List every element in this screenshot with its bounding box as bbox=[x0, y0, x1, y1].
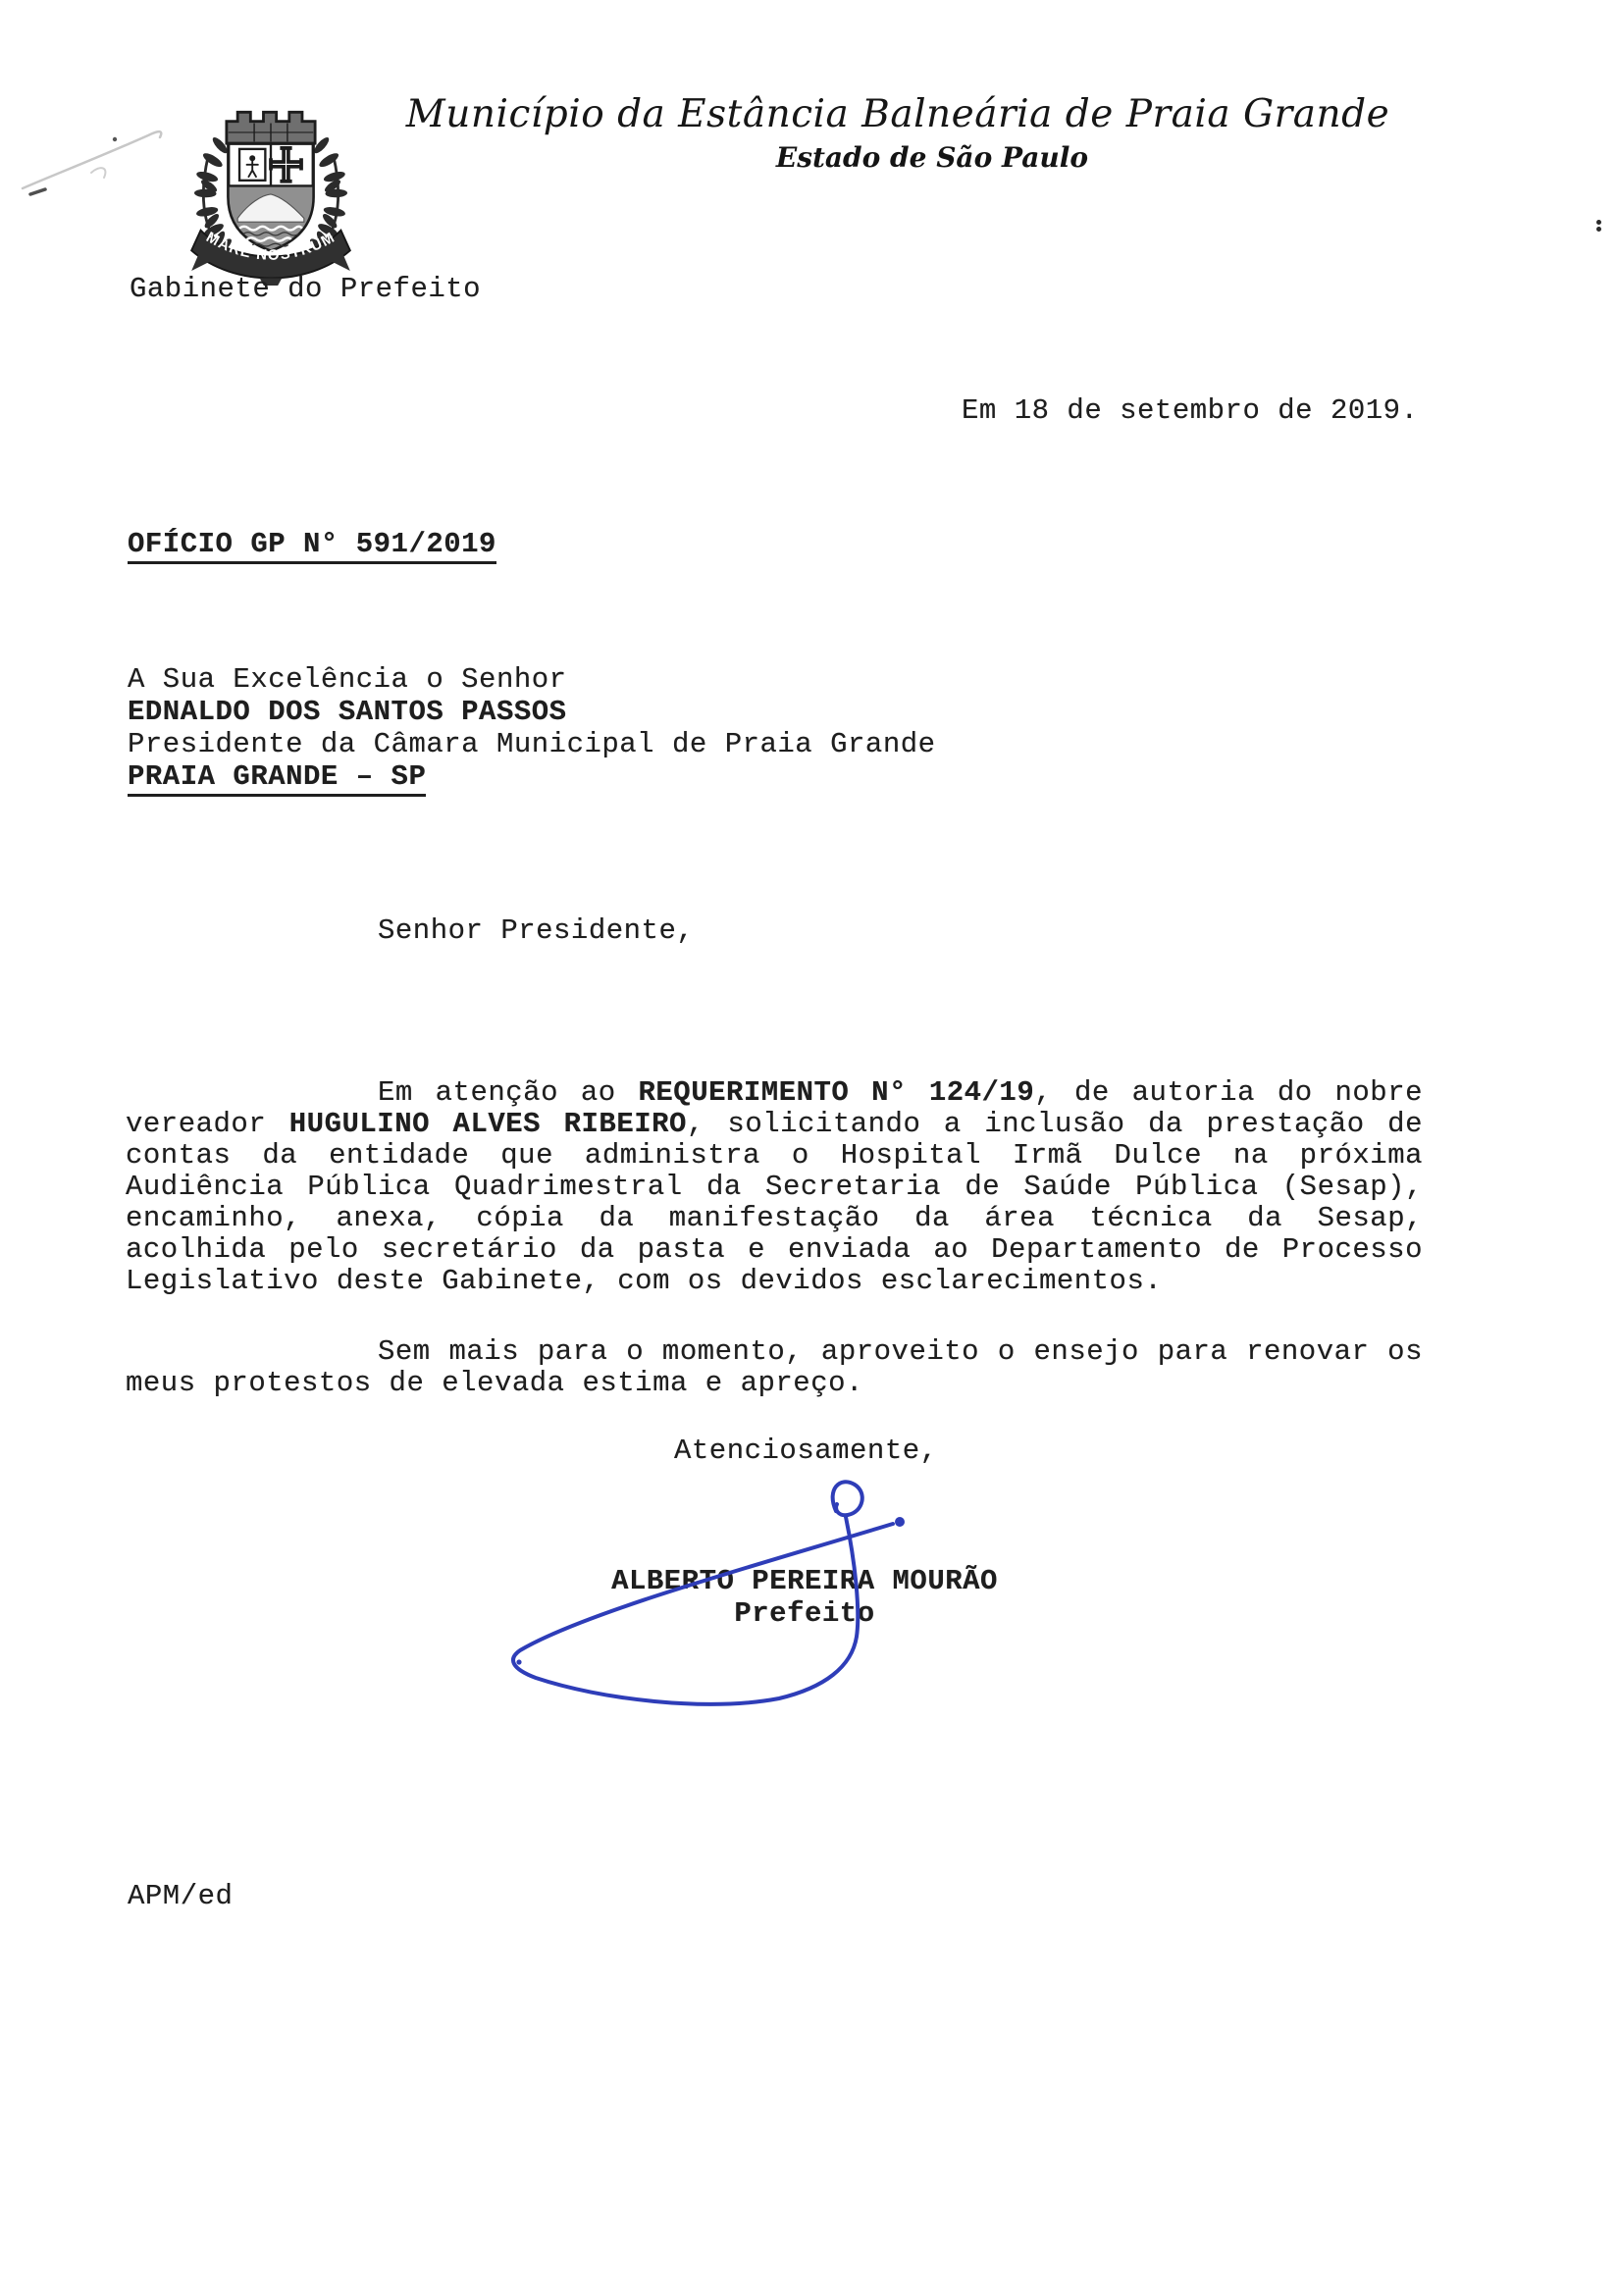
reference-number-text: OFÍCIO GP N° 591/2019 bbox=[128, 528, 496, 564]
closing-salutation: Atenciosamente, bbox=[674, 1435, 938, 1467]
signer-name: ALBERTO PEREIRA MOURÃO bbox=[491, 1565, 1119, 1597]
letterhead: Município da Estância Balneária de Praia… bbox=[353, 92, 1442, 175]
date-line: Em 18 de setembro de 2019. bbox=[962, 394, 1418, 427]
addressee-city: PRAIA GRANDE – SP bbox=[128, 760, 426, 793]
reference-number: OFÍCIO GP N° 591/2019 bbox=[128, 528, 496, 560]
body-paragraph-2: Sem mais para o momento, aproveito o ens… bbox=[126, 1336, 1423, 1399]
reference-initials: APM/ed bbox=[128, 1880, 233, 1912]
councilman-name: HUGULINO ALVES RIBEIRO bbox=[289, 1108, 687, 1140]
scanned-letter-page: MARE NOSTRUM Município da Estância Balne… bbox=[0, 0, 1617, 2296]
department-label: Gabinete do Prefeito bbox=[130, 273, 481, 305]
paragraph1-seg0: Em atenção ao bbox=[378, 1076, 638, 1109]
addressee-honorific: A Sua Excelência o Senhor bbox=[128, 663, 567, 696]
signature-block: ALBERTO PEREIRA MOURÃO Prefeito bbox=[491, 1565, 1119, 1630]
municipality-title: Município da Estância Balneária de Praia… bbox=[353, 92, 1442, 137]
state-subtitle: Estado de São Paulo bbox=[388, 141, 1477, 175]
addressee-name: EDNALDO DOS SANTOS PASSOS bbox=[128, 696, 567, 728]
signer-role: Prefeito bbox=[491, 1597, 1119, 1630]
coat-of-arms-icon: MARE NOSTRUM bbox=[179, 101, 363, 286]
pencil-scribble-artifact bbox=[5, 110, 201, 228]
addressee-city-text: PRAIA GRANDE – SP bbox=[128, 760, 426, 797]
addressee-role: Presidente da Câmara Municipal de Praia … bbox=[128, 728, 936, 760]
salutation: Senhor Presidente, bbox=[378, 914, 694, 947]
body-paragraph-1: Em atenção ao REQUERIMENTO N° 124/19, de… bbox=[126, 1077, 1423, 1297]
requerimento-reference: REQUERIMENTO N° 124/19 bbox=[638, 1076, 1034, 1109]
scan-speck-artifact bbox=[1596, 220, 1602, 234]
